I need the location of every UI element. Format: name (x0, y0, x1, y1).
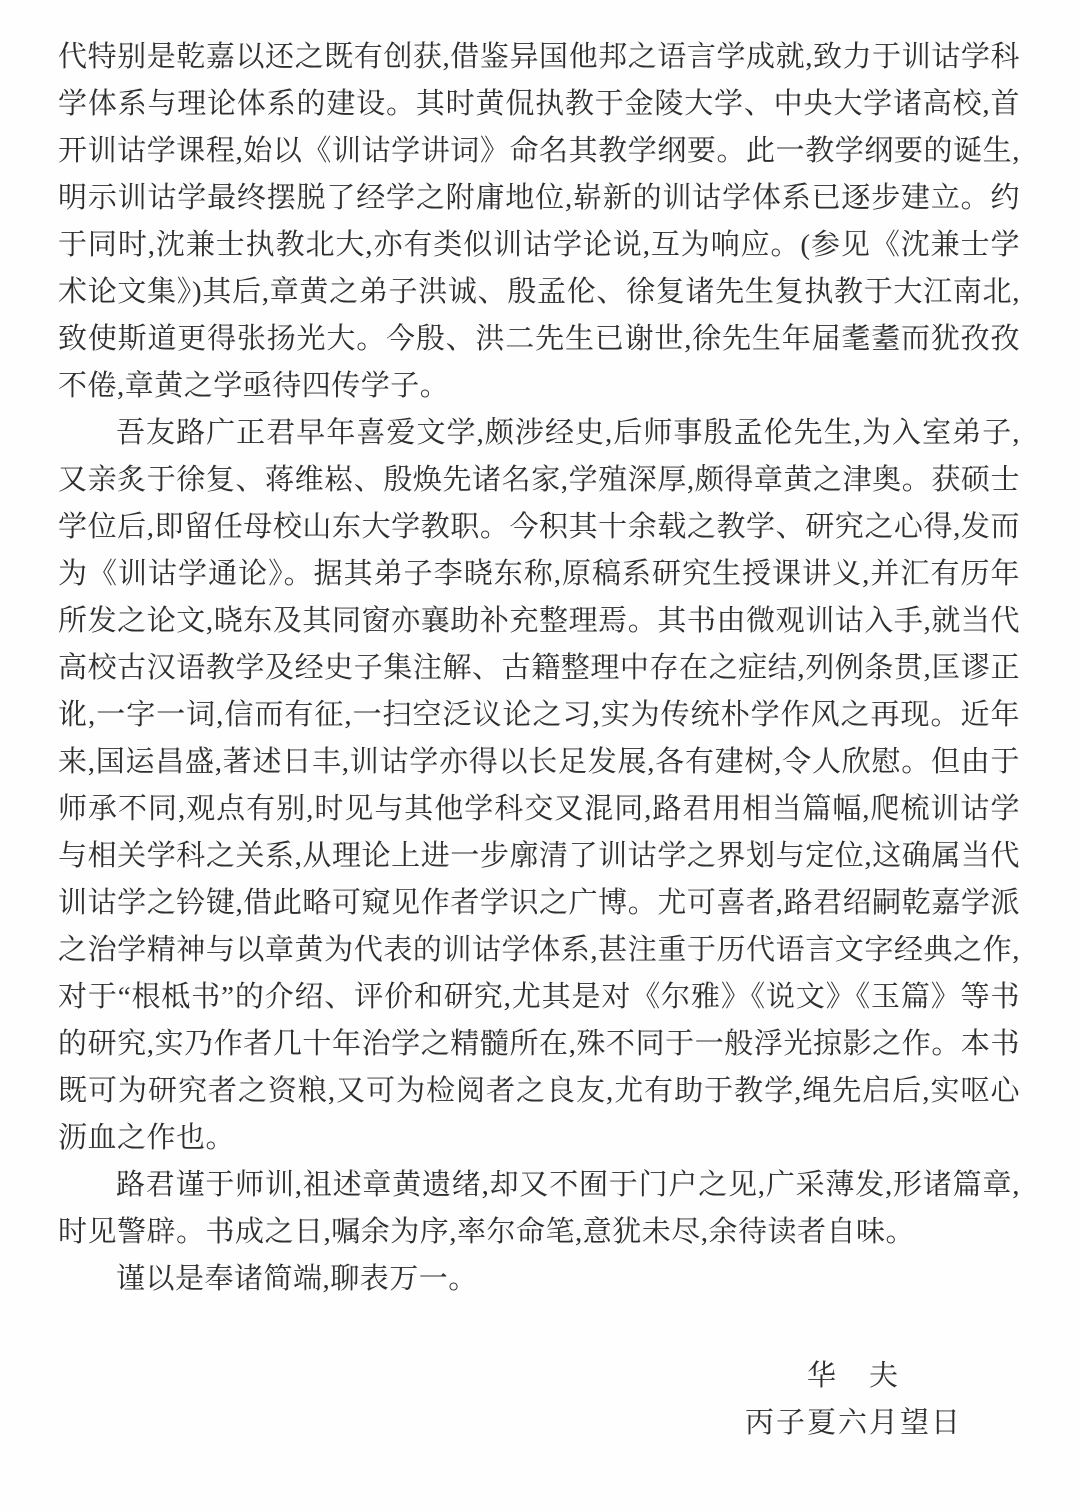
paragraph: 代特别是乾嘉以还之既有创获,借鉴异国他邦之语言学成就,致力于训诂学科学体系与理论… (58, 34, 1020, 410)
signature-block: 华 夫 丙子夏六月望日 (745, 1353, 962, 1447)
paragraph: 吾友路广正君早年喜爱文学,颇涉经史,后师事殷孟伦先生,为入室弟子,又亲炙于徐复、… (58, 410, 1020, 1162)
signature-name: 华 夫 (745, 1353, 962, 1400)
paragraph: 谨以是奉诸简端,聊表万一。 (58, 1256, 1020, 1303)
preface-text: 代特别是乾嘉以还之既有创获,借鉴异国他邦之语言学成就,致力于训诂学科学体系与理论… (58, 34, 1020, 1303)
signature-date: 丙子夏六月望日 (745, 1400, 962, 1447)
document-page: 代特别是乾嘉以还之既有创获,借鉴异国他邦之语言学成就,致力于训诂学科学体系与理论… (0, 0, 1080, 1512)
paragraph: 路君谨于师训,祖述章黄遗绪,却又不囿于门户之见,广采薄发,形诸篇章,时见警辟。书… (58, 1162, 1020, 1256)
